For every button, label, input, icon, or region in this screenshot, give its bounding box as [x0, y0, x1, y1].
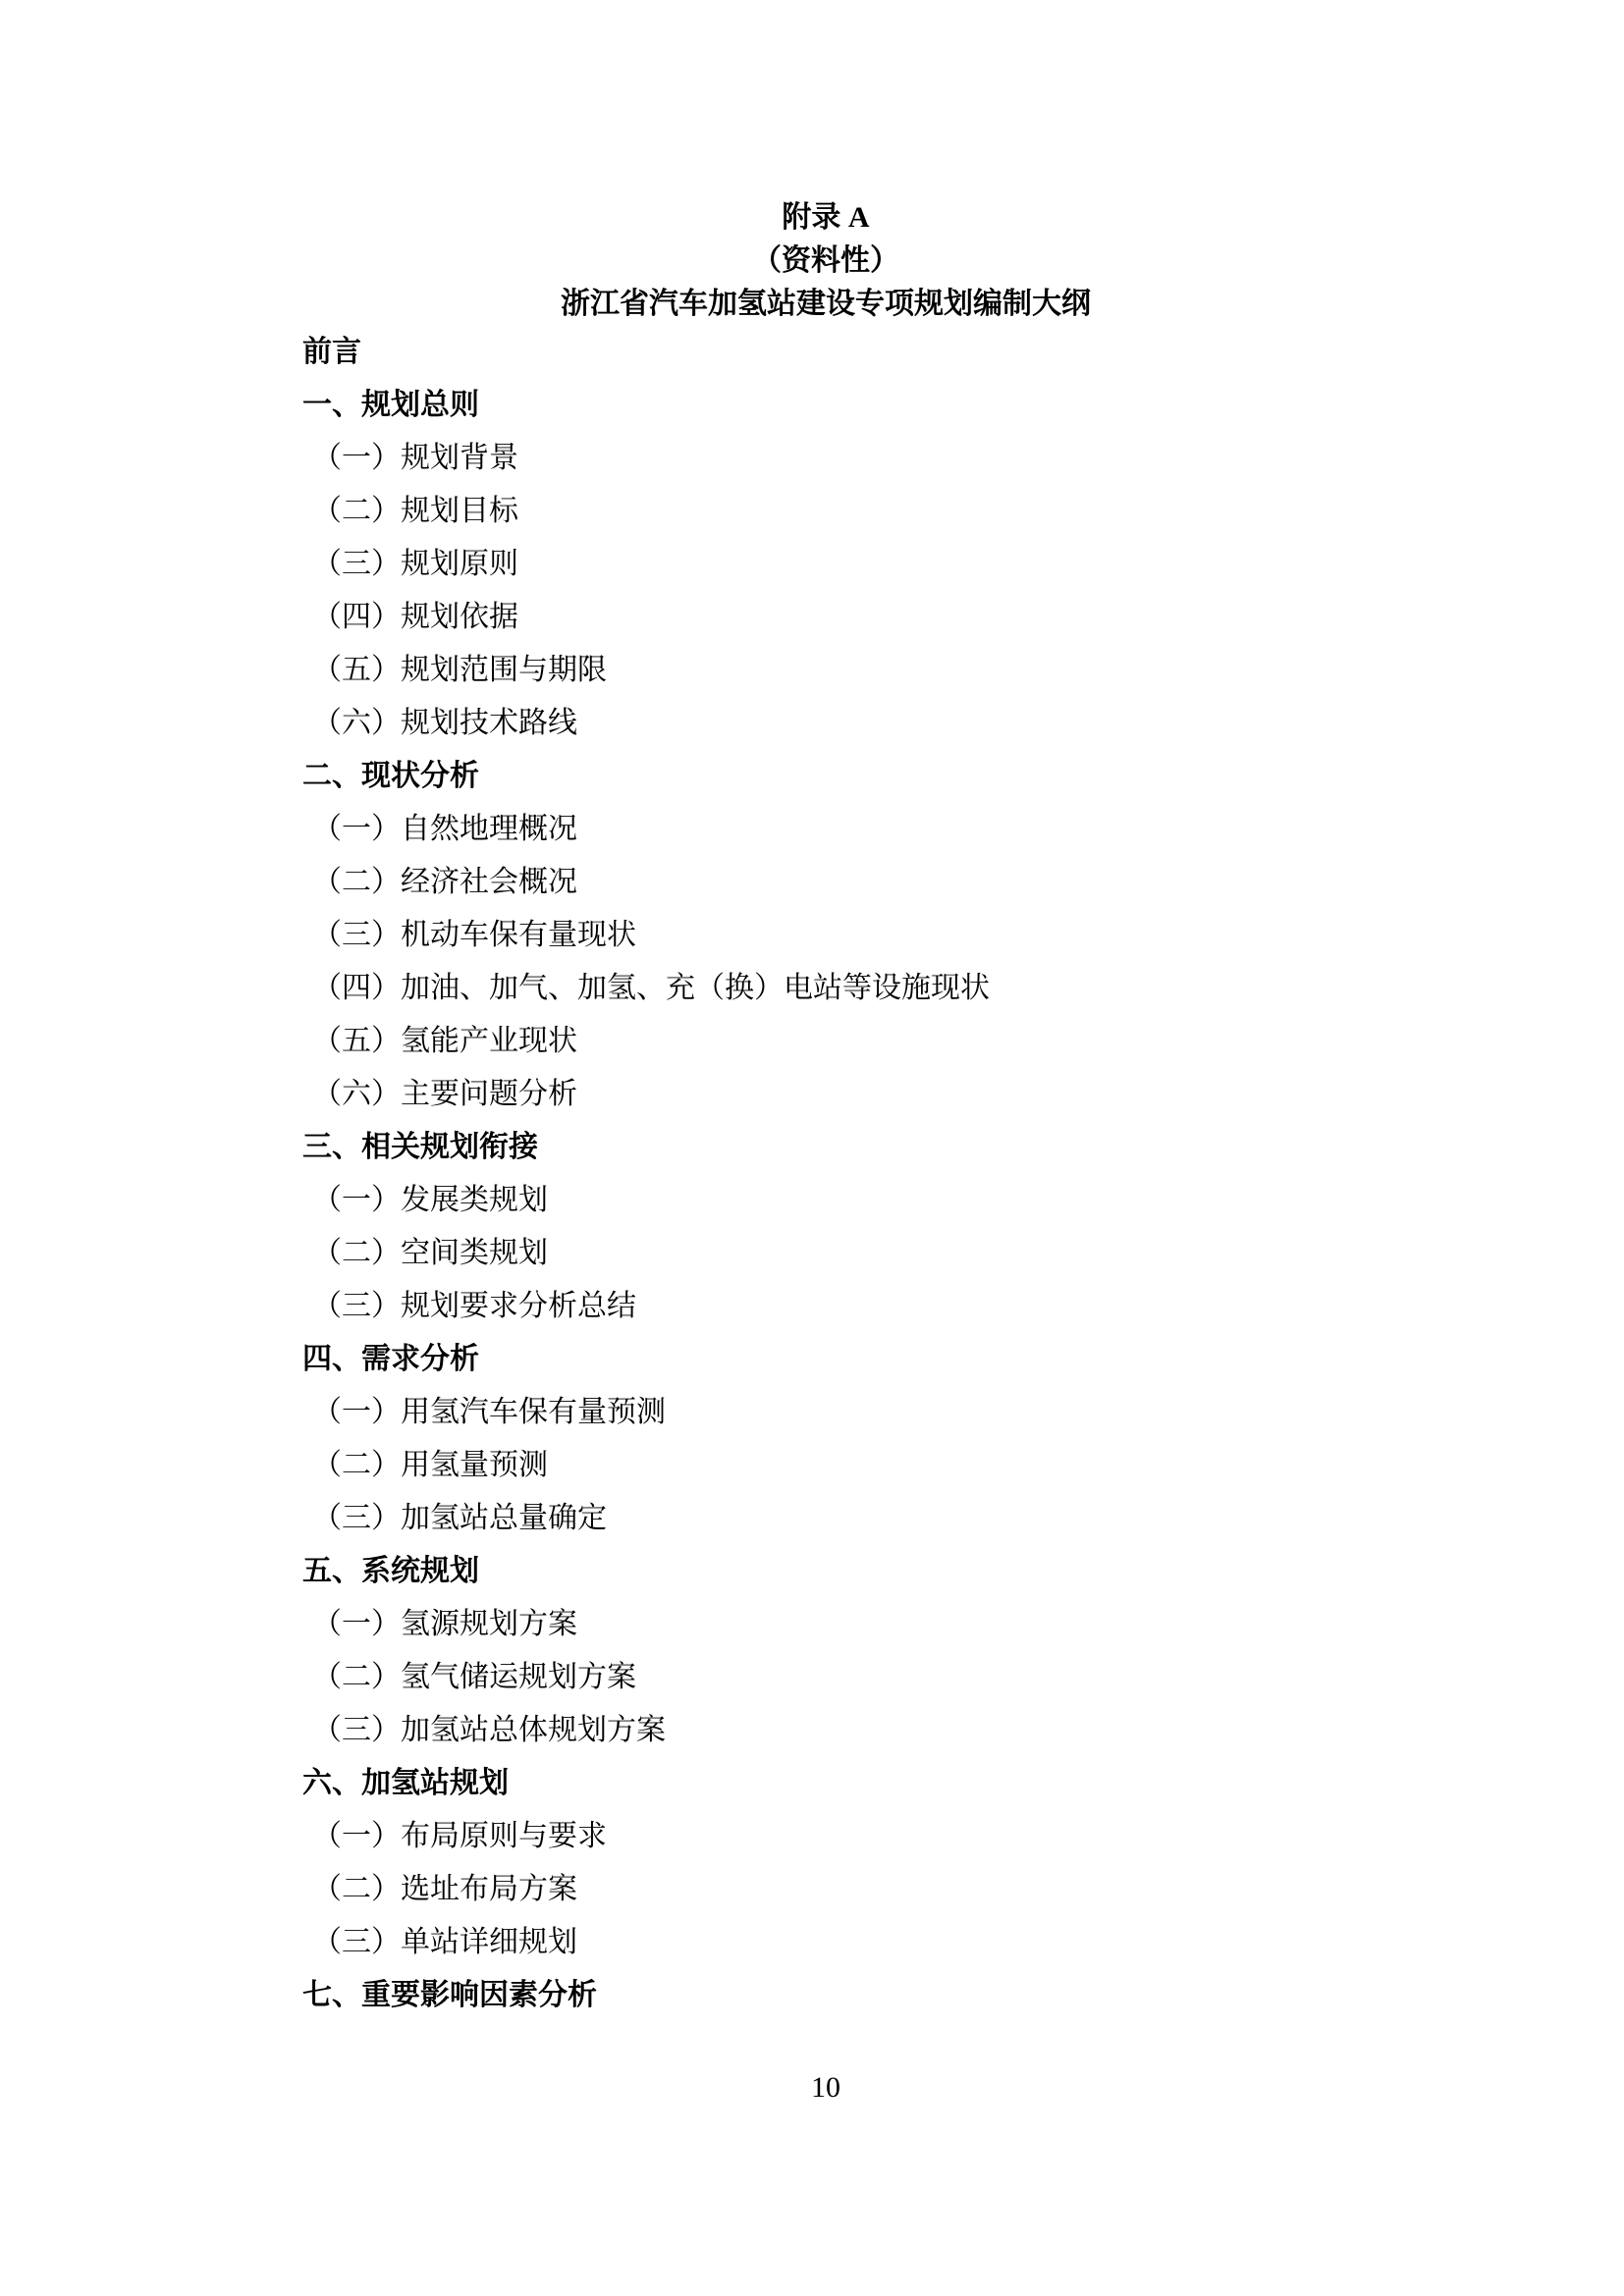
toc-item: （二）选址布局方案	[302, 1863, 1349, 1916]
toc-item: （三）机动车保有量现状	[302, 909, 1349, 962]
toc-heading-section-5: 五、系统规划	[302, 1545, 1349, 1598]
toc-item: （二）规划目标	[302, 485, 1349, 538]
toc-item: （一）发展类规划	[302, 1174, 1349, 1227]
toc-item: （一）布局原则与要求	[302, 1810, 1349, 1863]
toc-item: （六）规划技术路线	[302, 697, 1349, 750]
toc-item: （五）规划范围与期限	[302, 644, 1349, 697]
toc-heading-section-1: 一、规划总则	[302, 379, 1349, 432]
toc-item: （三）加氢站总量确定	[302, 1492, 1349, 1545]
page-number: 10	[302, 2061, 1349, 2114]
toc-item: （三）单站详细规划	[302, 1916, 1349, 1969]
toc-item: （二）经济社会概况	[302, 856, 1349, 909]
toc-item: （三）规划原则	[302, 538, 1349, 591]
toc-item: （一）用氢汽车保有量预测	[302, 1386, 1349, 1439]
document-page: 附录 A （资料性） 浙江省汽车加氢站建设专项规划编制大纲 前言 一、规划总则 …	[0, 0, 1624, 2296]
outline: 前言 一、规划总则 （一）规划背景 （二）规划目标 （三）规划原则 （四）规划依…	[302, 326, 1349, 2022]
toc-heading-section-2: 二、现状分析	[302, 750, 1349, 803]
toc-item: （五）氢能产业现状	[302, 1015, 1349, 1068]
appendix-title: 浙江省汽车加氢站建设专项规划编制大纲	[302, 283, 1349, 326]
toc-heading-foreword: 前言	[302, 326, 1349, 379]
toc-item: （二）氢气储运规划方案	[302, 1651, 1349, 1704]
toc-heading-section-3: 三、相关规划衔接	[302, 1121, 1349, 1174]
toc-item: （一）规划背景	[302, 432, 1349, 485]
toc-item: （三）加氢站总体规划方案	[302, 1704, 1349, 1757]
toc-heading-section-6: 六、加氢站规划	[302, 1757, 1349, 1810]
toc-item: （四）加油、加气、加氢、充（换）电站等设施现状	[302, 962, 1349, 1015]
appendix-type: （资料性）	[302, 240, 1349, 283]
toc-item: （一）氢源规划方案	[302, 1598, 1349, 1651]
toc-item: （三）规划要求分析总结	[302, 1280, 1349, 1333]
toc-heading-section-7: 七、重要影响因素分析	[302, 1969, 1349, 2022]
toc-item: （六）主要问题分析	[302, 1068, 1349, 1121]
toc-item: （二）空间类规划	[302, 1227, 1349, 1280]
toc-heading-section-4: 四、需求分析	[302, 1333, 1349, 1386]
appendix-header: 附录 A （资料性） 浙江省汽车加氢站建设专项规划编制大纲	[302, 196, 1349, 326]
toc-item: （一）自然地理概况	[302, 803, 1349, 856]
toc-item: （四）规划依据	[302, 591, 1349, 644]
toc-item: （二）用氢量预测	[302, 1439, 1349, 1492]
appendix-label: 附录 A	[302, 196, 1349, 240]
